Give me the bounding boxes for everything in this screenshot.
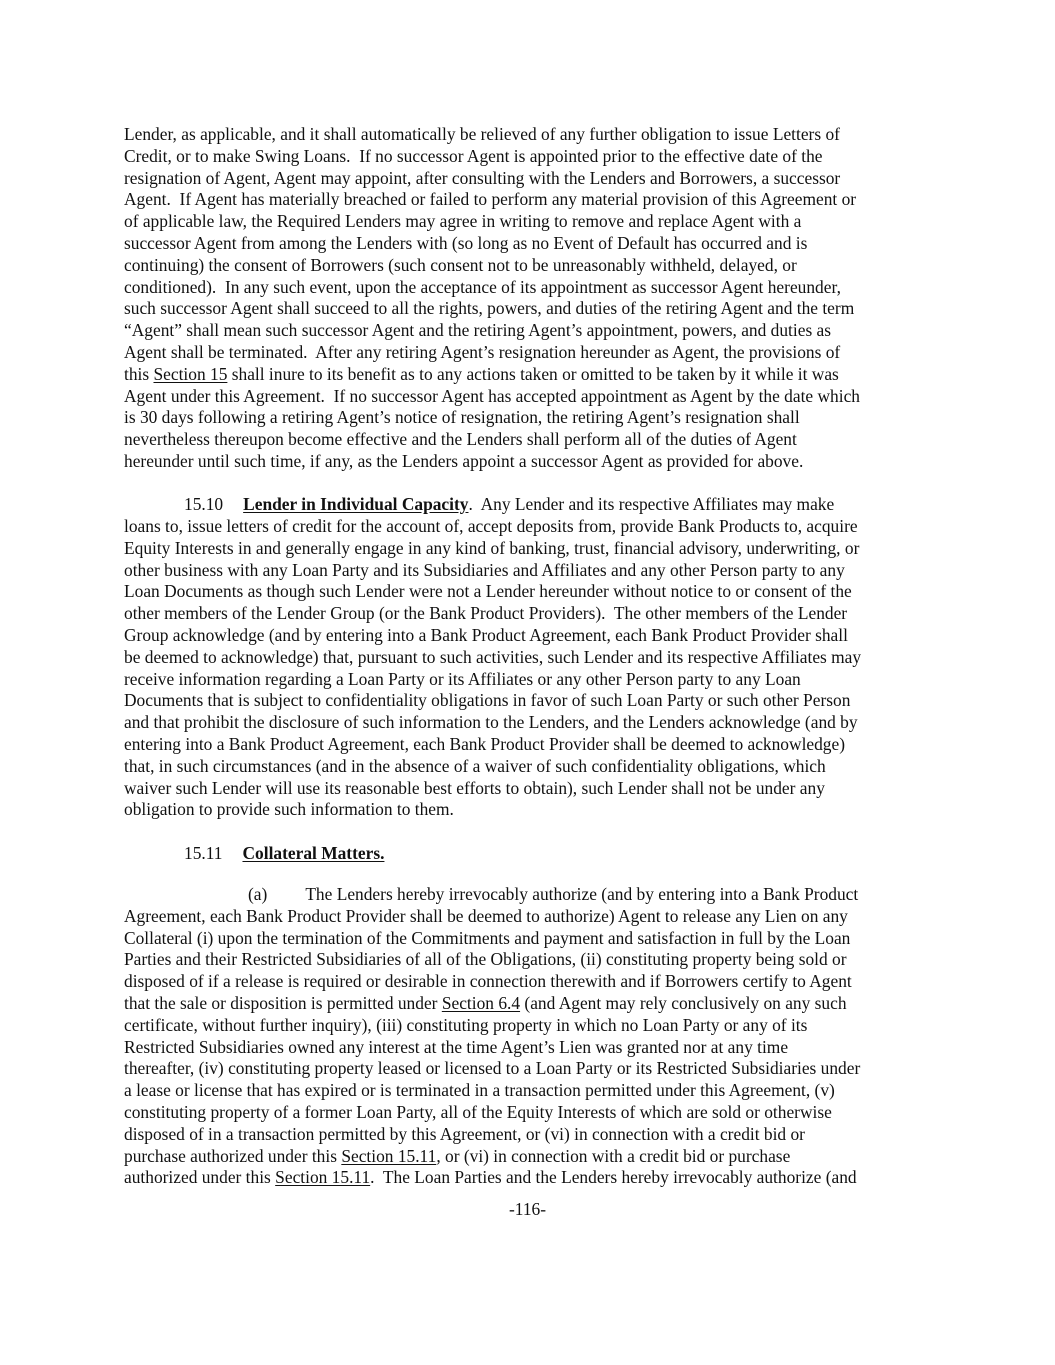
text-line: Collateral (i) upon the termination of t…	[124, 928, 850, 950]
text-line: that, in such circumstances (and in the …	[124, 756, 826, 778]
text-fragment: . The Loan Parties and the Lenders hereb…	[370, 1167, 856, 1187]
section-number: 15.11	[184, 843, 222, 863]
section-6-4-link[interactable]: Section 6.4	[442, 993, 520, 1013]
text-line: Agent. If Agent has materially breached …	[124, 189, 856, 211]
text-line: successor Agent from among the Lenders w…	[124, 233, 807, 255]
text-line: a lease or license that has expired or i…	[124, 1080, 835, 1102]
text-line: of applicable law, the Required Lenders …	[124, 211, 801, 233]
text-fragment: authorized under this	[124, 1167, 275, 1187]
text-fragment: (and Agent may rely conclusively on any …	[520, 993, 846, 1013]
text-line: and that prohibit the disclosure of such…	[124, 712, 858, 734]
text-line: Lender, as applicable, and it shall auto…	[124, 124, 840, 146]
section-heading: Collateral Matters.	[242, 843, 384, 863]
section-heading-line: 15.10Lender in Individual Capacity. Any …	[184, 494, 834, 516]
text-fragment: shall inure to its benefit as to any act…	[227, 364, 838, 384]
text-line: disposed of if a release is required or …	[124, 971, 852, 993]
text-line: nevertheless thereupon become effective …	[124, 429, 797, 451]
subsection-first-line: (a)The Lenders hereby irrevocably author…	[248, 884, 858, 906]
text-line: that the sale or disposition is permitte…	[124, 993, 847, 1015]
text-line: Parties and their Restricted Subsidiarie…	[124, 949, 847, 971]
text-line: hereunder until such time, if any, as th…	[124, 451, 803, 473]
subsection-label: (a)	[248, 884, 267, 904]
text-line: this Section 15 shall inure to its benef…	[124, 364, 839, 386]
section-heading: Lender in Individual Capacity	[243, 494, 468, 514]
section-15-11-link[interactable]: Section 15.11	[275, 1167, 370, 1187]
text-line: Agreement, each Bank Product Provider sh…	[124, 906, 848, 928]
text-line: obligation to provide such information t…	[124, 799, 454, 821]
text-line: such successor Agent shall succeed to al…	[124, 298, 854, 320]
text-line: Equity Interests in and generally engage…	[124, 538, 859, 560]
text-line: Group acknowledge (and by entering into …	[124, 625, 848, 647]
text-line: loans to, issue letters of credit for th…	[124, 516, 858, 538]
section-number: 15.10	[184, 494, 223, 514]
text-line: Restricted Subsidiaries owned any intere…	[124, 1037, 788, 1059]
text-line: conditioned). In any such event, upon th…	[124, 277, 841, 299]
document-page: Lender, as applicable, and it shall auto…	[0, 0, 1055, 1365]
text-line: continuing) the consent of Borrowers (su…	[124, 255, 797, 277]
text-line: Credit, or to make Swing Loans. If no su…	[124, 146, 823, 168]
text-fragment: . Any Lender and its respective Affiliat…	[468, 494, 834, 514]
text-line: entering into a Bank Product Agreement, …	[124, 734, 845, 756]
text-line: Agent shall be terminated. After any ret…	[124, 342, 840, 364]
text-fragment: this	[124, 364, 153, 384]
text-line: be deemed to acknowledge) that, pursuant…	[124, 647, 861, 669]
section-15-link[interactable]: Section 15	[153, 364, 227, 384]
text-line: constituting property of a former Loan P…	[124, 1102, 832, 1124]
text-line: authorized under this Section 15.11. The…	[124, 1167, 857, 1189]
text-fragment: that the sale or disposition is permitte…	[124, 993, 442, 1013]
text-line: receive information regarding a Loan Par…	[124, 669, 801, 691]
text-line: purchase authorized under this Section 1…	[124, 1146, 790, 1168]
text-line: Documents that is subject to confidentia…	[124, 690, 850, 712]
section-15-11-link[interactable]: Section 15.11	[341, 1146, 436, 1166]
text-line: other members of the Lender Group (or th…	[124, 603, 847, 625]
text-line: waiver such Lender will use its reasonab…	[124, 778, 825, 800]
text-line: Agent under this Agreement. If no succes…	[124, 386, 860, 408]
page-number: -116-	[0, 1199, 1055, 1220]
section-heading-line: 15.11Collateral Matters.	[184, 843, 384, 865]
text-fragment: The Lenders hereby irrevocably authorize…	[305, 884, 858, 904]
text-line: resignation of Agent, Agent may appoint,…	[124, 168, 840, 190]
text-line: certificate, without further inquiry), (…	[124, 1015, 807, 1037]
text-fragment: purchase authorized under this	[124, 1146, 341, 1166]
text-line: Loan Documents as though such Lender wer…	[124, 581, 852, 603]
text-line: disposed of in a transaction permitted b…	[124, 1124, 805, 1146]
text-line: “Agent” shall mean such successor Agent …	[124, 320, 831, 342]
text-line: other business with any Loan Party and i…	[124, 560, 845, 582]
text-line: is 30 days following a retiring Agent’s …	[124, 407, 800, 429]
text-fragment: , or (vi) in connection with a credit bi…	[436, 1146, 790, 1166]
text-line: thereafter, (iv) constituting property l…	[124, 1058, 860, 1080]
